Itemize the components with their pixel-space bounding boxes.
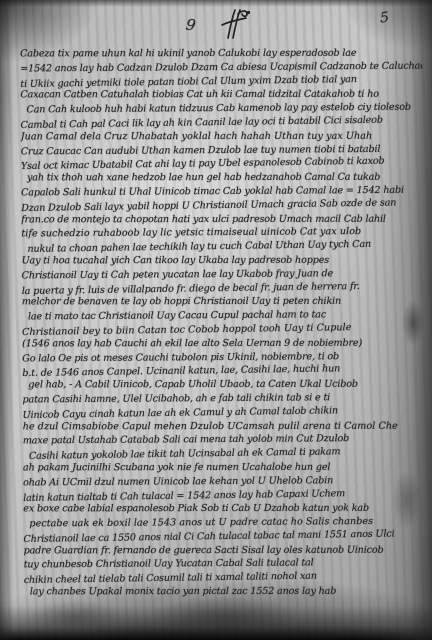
manuscript-line: ex boxe cabe labial espanolesob Piak Sob… xyxy=(23,502,425,516)
manuscript-line: melchor de benaven te lay ob hoppi Chris… xyxy=(22,295,424,309)
folio-number-right: 5 xyxy=(379,10,390,27)
folio-flourish-icon xyxy=(218,8,252,44)
manuscript-line: gel hab, - A Cabil Uinicob, Capab Uholil… xyxy=(22,378,424,392)
manuscript-line: Juan Camal dela Cruz Uhabatah yoklal hac… xyxy=(21,129,423,143)
manuscript-line: ah pakam Jucinilhi Scubana yok nie fe nu… xyxy=(23,461,425,475)
manuscript-line: he dzul Cimsabiobe Capul mehen Dzulob UC… xyxy=(23,419,425,433)
manuscript-line: Uay ti hoa tucahal yich Can tikoo lay Uk… xyxy=(22,254,424,268)
manuscript-line: lay chanbes Upakal monix tacio yan picta… xyxy=(24,585,426,599)
manuscript-line: (1546 anos lay hab Cauchi ah ekil lae al… xyxy=(22,336,424,350)
manuscript-line: fran.co de montejo ta chopotan hati yax … xyxy=(21,212,423,226)
manuscript-line: yah tix thoh uah xane hedzob lae hun gel… xyxy=(21,171,423,185)
manuscript-line: Caxacan Catben Catuhalah tiobias Cat uh … xyxy=(20,88,422,102)
manuscript-line: Cabeza tix pame uhun kal hi ukinil yanob… xyxy=(20,47,422,61)
manuscript-scan: 9 5 Cabeza tix pame uhun kal hi ukinil y… xyxy=(0,0,432,640)
folio-number-left: 9 xyxy=(185,15,197,34)
manuscript-line: padre Guardian fr. fernando de guereca S… xyxy=(24,543,426,557)
manuscript-text: Cabeza tix pame uhun kal hi ukinil yanob… xyxy=(20,46,426,601)
